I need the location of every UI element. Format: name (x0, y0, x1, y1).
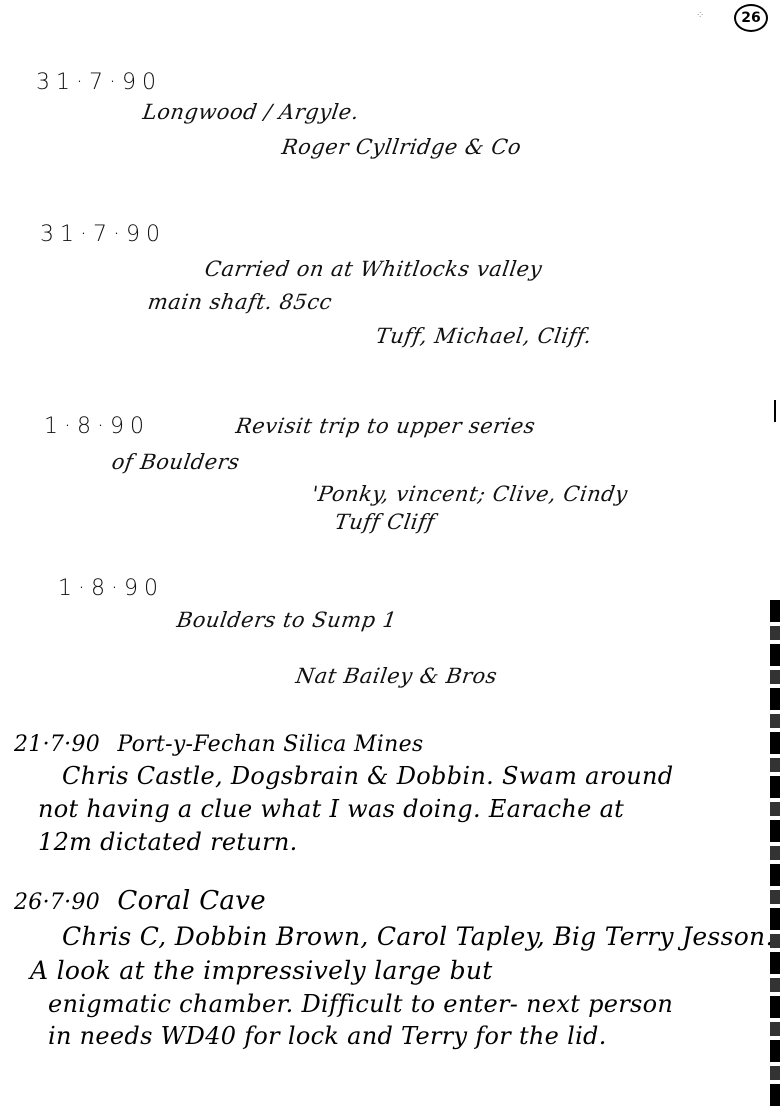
entry-5-line-3: 12m dictated return. (38, 828, 298, 856)
entry-3-line-4: Tuff Cliff (333, 510, 436, 534)
entry-2-line-2: main shaft. 85cc (146, 290, 333, 314)
entry-3-line-2: of Boulders (110, 450, 241, 474)
entry-6-line-3: enigmatic chamber. Difficult to enter- n… (48, 990, 673, 1018)
entry-1-line-1: Longwood / Argyle. (141, 100, 360, 124)
logbook-page: ⁘ 26 31·7·90 Longwood / Argyle. Roger Cy… (0, 0, 780, 1108)
entry-6-line-2: A look at the impressively large but (30, 956, 493, 985)
entry-2-line-3: Tuff, Michael, Cliff. (374, 324, 593, 348)
entry-5-line-2: not having a clue what I was doing. Eara… (38, 795, 624, 823)
corner-mark: ⁘ (696, 10, 704, 21)
entry-6-line-1: Chris C, Dobbin Brown, Carol Tapley, Big… (62, 922, 774, 951)
entry-2-date: 31·7·90 (40, 222, 166, 247)
entry-6-heading: 26·7·90 Coral Cave (14, 886, 266, 916)
entry-4-line-1: Boulders to Sump 1 (175, 608, 398, 632)
entry-3-line-1: Revisit trip to upper series (234, 414, 537, 438)
entry-5-heading: 21·7·90 Port-y-Fechan Silica Mines (14, 732, 424, 757)
page-binding-edge (770, 600, 780, 1108)
entry-3-line-3: 'Ponky, vincent; Clive, Cindy (310, 482, 629, 506)
entry-5-line-1: Chris Castle, Dogsbrain & Dobbin. Swam a… (62, 762, 673, 790)
scan-artifact-tick (774, 400, 776, 422)
entry-3-date: 1·8·90 (44, 414, 150, 439)
entry-4-line-2: Nat Bailey & Bros (294, 664, 498, 688)
entry-6-title: Coral Cave (117, 886, 266, 916)
entry-1-line-2: Roger Cyllridge & Co (280, 135, 523, 159)
entry-5-date: 21·7·90 (14, 732, 100, 757)
entry-6-date: 26·7·90 (14, 890, 100, 915)
entry-2-line-1: Carried on at Whitlocks valley (203, 257, 543, 281)
entry-6-line-4: in needs WD40 for lock and Terry for the… (48, 1022, 607, 1050)
page-number-circled: 26 (734, 4, 768, 32)
entry-5-title: Port-y-Fechan Silica Mines (117, 732, 423, 757)
entry-4-date: 1·8·90 (58, 576, 164, 601)
entry-1-date: 31·7·90 (36, 70, 162, 95)
